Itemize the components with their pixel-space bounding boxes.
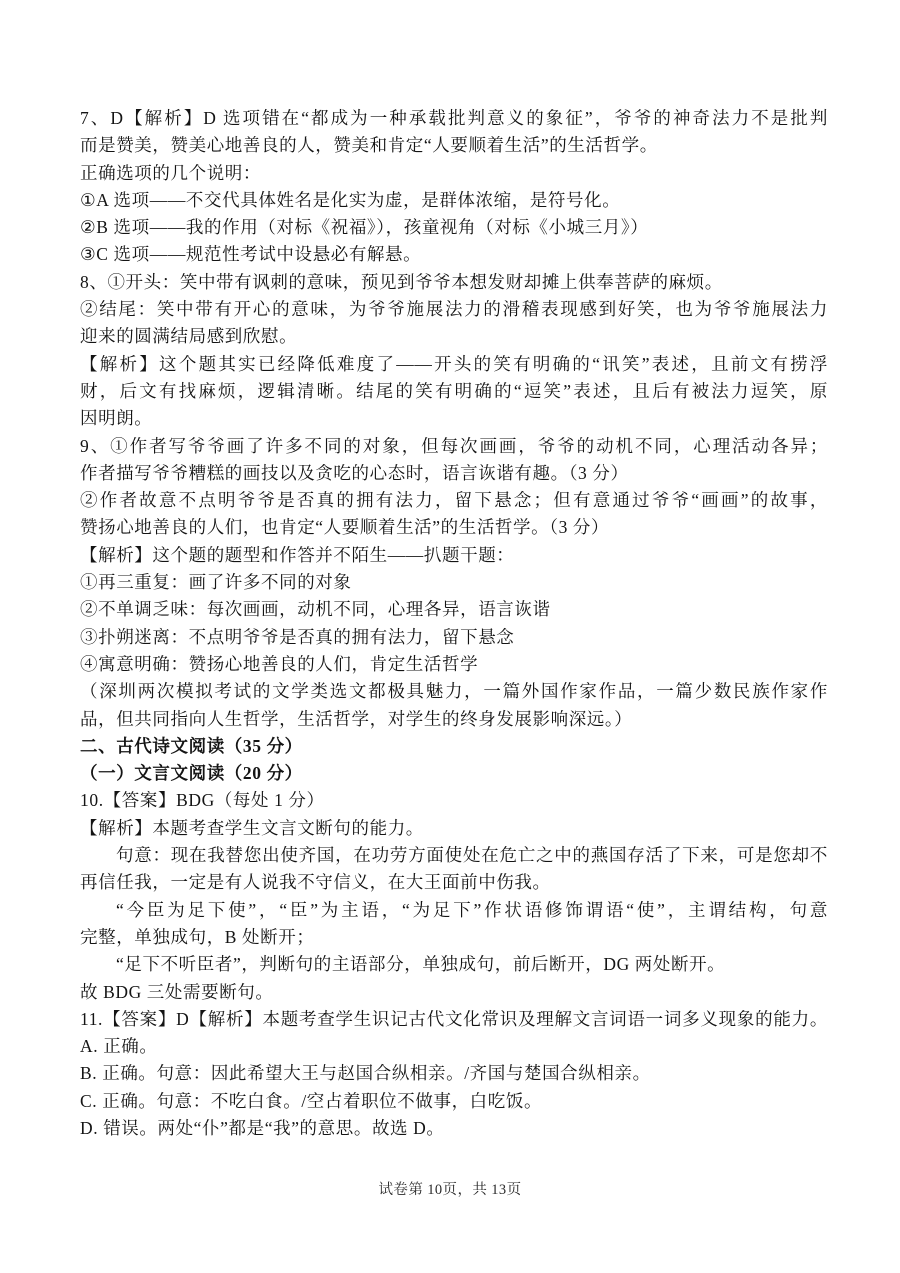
text-line: 句意：现在我替您出使齐国，在功劳方面使处在危亡之中的燕国存活了下来，可是您却不 xyxy=(80,842,828,869)
text-line: “足下不听臣者”，判断句的主语部分，单独成句，前后断开，DG 两处断开。 xyxy=(80,951,828,978)
text-line: 10.【答案】BDG（每处 1 分） xyxy=(80,787,828,814)
text-line: ①A 选项——不交代具体姓名是化实为虚，是群体浓缩，是符号化。 xyxy=(80,187,828,214)
text-line: C. 正确。句意：不吃白食。/空占着职位不做事，白吃饭。 xyxy=(80,1088,828,1115)
text-line: 而是赞美，赞美心地善良的人，赞美和肯定“人要顺着生活”的生活哲学。 xyxy=(80,132,828,159)
text-line: 赞扬心地善良的人们，也肯定“人要顺着生活”的生活哲学。（3 分） xyxy=(80,514,828,541)
text-line: A. 正确。 xyxy=(80,1033,828,1060)
text-line: D. 错误。两处“仆”都是“我”的意思。故选 D。 xyxy=(80,1115,828,1142)
text-line: 品，但共同指向人生哲学，生活哲学，对学生的终身发展影响深远。） xyxy=(80,706,828,733)
text-line: 正确选项的几个说明： xyxy=(80,160,828,187)
text-line: ①再三重复：画了许多不同的对象 xyxy=(80,569,828,596)
text-line: 8、①开头：笑中带有讽刺的意味，预见到爷爷本想发财却摊上供奉菩萨的麻烦。 xyxy=(80,269,828,296)
page-footer: 试卷第 10页，共 13页 xyxy=(0,1178,900,1199)
document-page: 7、D【解析】D 选项错在“都成为一种承载批判意义的象征”，爷爷的神奇法力不是批… xyxy=(0,0,900,1273)
text-line: 7、D【解析】D 选项错在“都成为一种承载批判意义的象征”，爷爷的神奇法力不是批… xyxy=(80,105,828,132)
text-line: ②不单调乏味：每次画画，动机不同，心理各异，语言诙谐 xyxy=(80,596,828,623)
text-line: （深圳两次模拟考试的文学类选文都极具魅力，一篇外国作家作品，一篇少数民族作家作 xyxy=(80,678,828,705)
text-line: 9、①作者写爷爷画了许多不同的对象，但每次画画，爷爷的动机不同，心理活动各异； xyxy=(80,433,828,460)
text-line: ②结尾：笑中带有开心的意味，为爷爷施展法力的滑稽表现感到好笑，也为爷爷施展法力 xyxy=(80,296,828,323)
text-line: 【解析】本题考查学生文言文断句的能力。 xyxy=(80,815,828,842)
text-line: “今臣为足下使”，“臣”为主语，“为足下”作状语修饰谓语“使”，主谓结构，句意 xyxy=(80,897,828,924)
document-lines: 7、D【解析】D 选项错在“都成为一种承载批判意义的象征”，爷爷的神奇法力不是批… xyxy=(80,105,828,1142)
text-line: B. 正确。句意：因此希望大王与赵国合纵相亲。/齐国与楚国合纵相亲。 xyxy=(80,1060,828,1087)
text-line: 11.【答案】D【解析】本题考查学生识记古代文化常识及理解文言词语一词多义现象的… xyxy=(80,1006,828,1033)
text-line: ③扑朔迷离：不点明爷爷是否真的拥有法力，留下悬念 xyxy=(80,624,828,651)
text-line: 迎来的圆满结局感到欣慰。 xyxy=(80,323,828,350)
text-line: ③C 选项——规范性考试中设悬必有解悬。 xyxy=(80,241,828,268)
text-line: ②B 选项——我的作用（对标《祝福》），孩童视角（对标《小城三月》） xyxy=(80,214,828,241)
text-line: 故 BDG 三处需要断句。 xyxy=(80,979,828,1006)
text-line: 二、古代诗文阅读（35 分） xyxy=(80,733,828,760)
text-line: 财，后文有找麻烦，逻辑清晰。结尾的笑有明确的“逗笑”表述，且后有被法力逗笑，原 xyxy=(80,378,828,405)
text-line: 作者描写爷爷糟糕的画技以及贪吃的心态时，语言诙谐有趣。（3 分） xyxy=(80,460,828,487)
text-line: 因明朗。 xyxy=(80,405,828,432)
text-line: （一）文言文阅读（20 分） xyxy=(80,760,828,787)
text-line: 完整，单独成句，B 处断开； xyxy=(80,924,828,951)
text-line: ④寓意明确：赞扬心地善良的人们，肯定生活哲学 xyxy=(80,651,828,678)
text-line: 【解析】这个题其实已经降低难度了——开头的笑有明确的“讯笑”表述，且前文有捞浮 xyxy=(80,351,828,378)
text-line: 再信任我，一定是有人说我不守信义，在大王面前中伤我。 xyxy=(80,869,828,896)
text-line: ②作者故意不点明爷爷是否真的拥有法力，留下悬念；但有意通过爷爷“画画”的故事， xyxy=(80,487,828,514)
text-line: 【解析】这个题的题型和作答并不陌生——扒题干题： xyxy=(80,542,828,569)
